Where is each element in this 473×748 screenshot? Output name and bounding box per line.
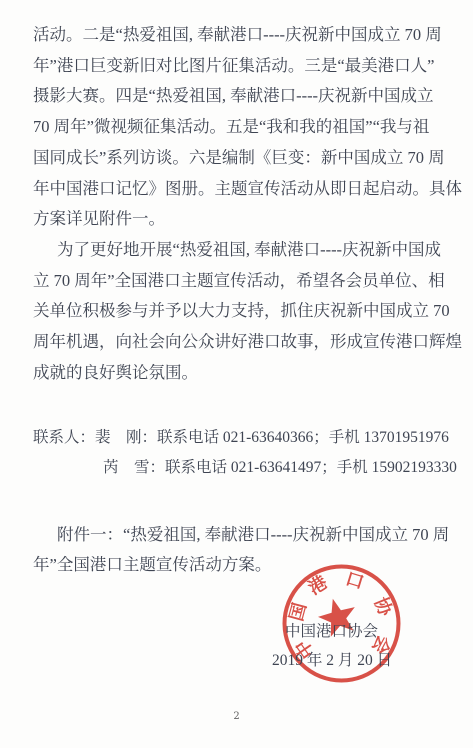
contact-line-2: 芮 雪：联系电话 021-63641497；手机 15902193330 — [103, 453, 445, 483]
body-line: 方案详见附件一。 — [33, 204, 445, 235]
body-line: 年”港口巨变新旧对比图片征集活动。三是“最美港口人” — [33, 51, 445, 82]
body-line: 为了更好地开展“热爱祖国, 奉献港口----庆祝新中国成 — [33, 235, 445, 266]
attachment-line: 附件一：“热爱祖国, 奉献港口----庆祝新中国成立 70 周 — [33, 520, 445, 550]
body-line: 摄影大赛。四是“热爱祖国, 奉献港口----庆祝新中国成立 — [33, 81, 445, 112]
body-line: 周年机遇，向社会向公众讲好港口故事，形成宣传港口辉煌 — [33, 327, 445, 358]
contact-info: 联系人：裴 刚：联系电话 021-63640366；手机 13701951976… — [33, 423, 445, 483]
body-text: 活动。二是“热爱祖国, 奉献港口----庆祝新中国成立 70 周 年”港口巨变新… — [33, 20, 445, 388]
body-line: 活动。二是“热爱祖国, 奉献港口----庆祝新中国成立 70 周 — [33, 20, 445, 51]
body-line: 立 70 周年”全国港口主题宣传活动，希望各会员单位、相 — [33, 266, 445, 297]
document-page: 活动。二是“热爱祖国, 奉献港口----庆祝新中国成立 70 周 年”港口巨变新… — [0, 0, 473, 748]
body-line: 70 周年”微视频征集活动。五是“我和我的祖国”“我与祖 — [33, 112, 445, 143]
body-line: 关单位积极参与并予以大力支持，抓住庆祝新中国成立 70 — [33, 296, 445, 327]
body-line: 成就的良好舆论氛围。 — [33, 358, 445, 389]
seal-ring-char: 口 — [343, 568, 366, 592]
body-line: 国同成长”系列访谈。六是编制《巨变：新中国成立 70 周 — [33, 143, 445, 174]
body-line: 年中国港口记忆》图册。主题宣传活动从即日起启动。具体 — [33, 174, 445, 205]
contact-line-1: 联系人：裴 刚：联系电话 021-63640366；手机 13701951976 — [33, 423, 445, 453]
page-number: 2 — [0, 711, 473, 722]
signature-date: 2019 年 2 月 20 日 — [272, 648, 392, 670]
signature-org: 中国港口协会 — [285, 619, 378, 641]
